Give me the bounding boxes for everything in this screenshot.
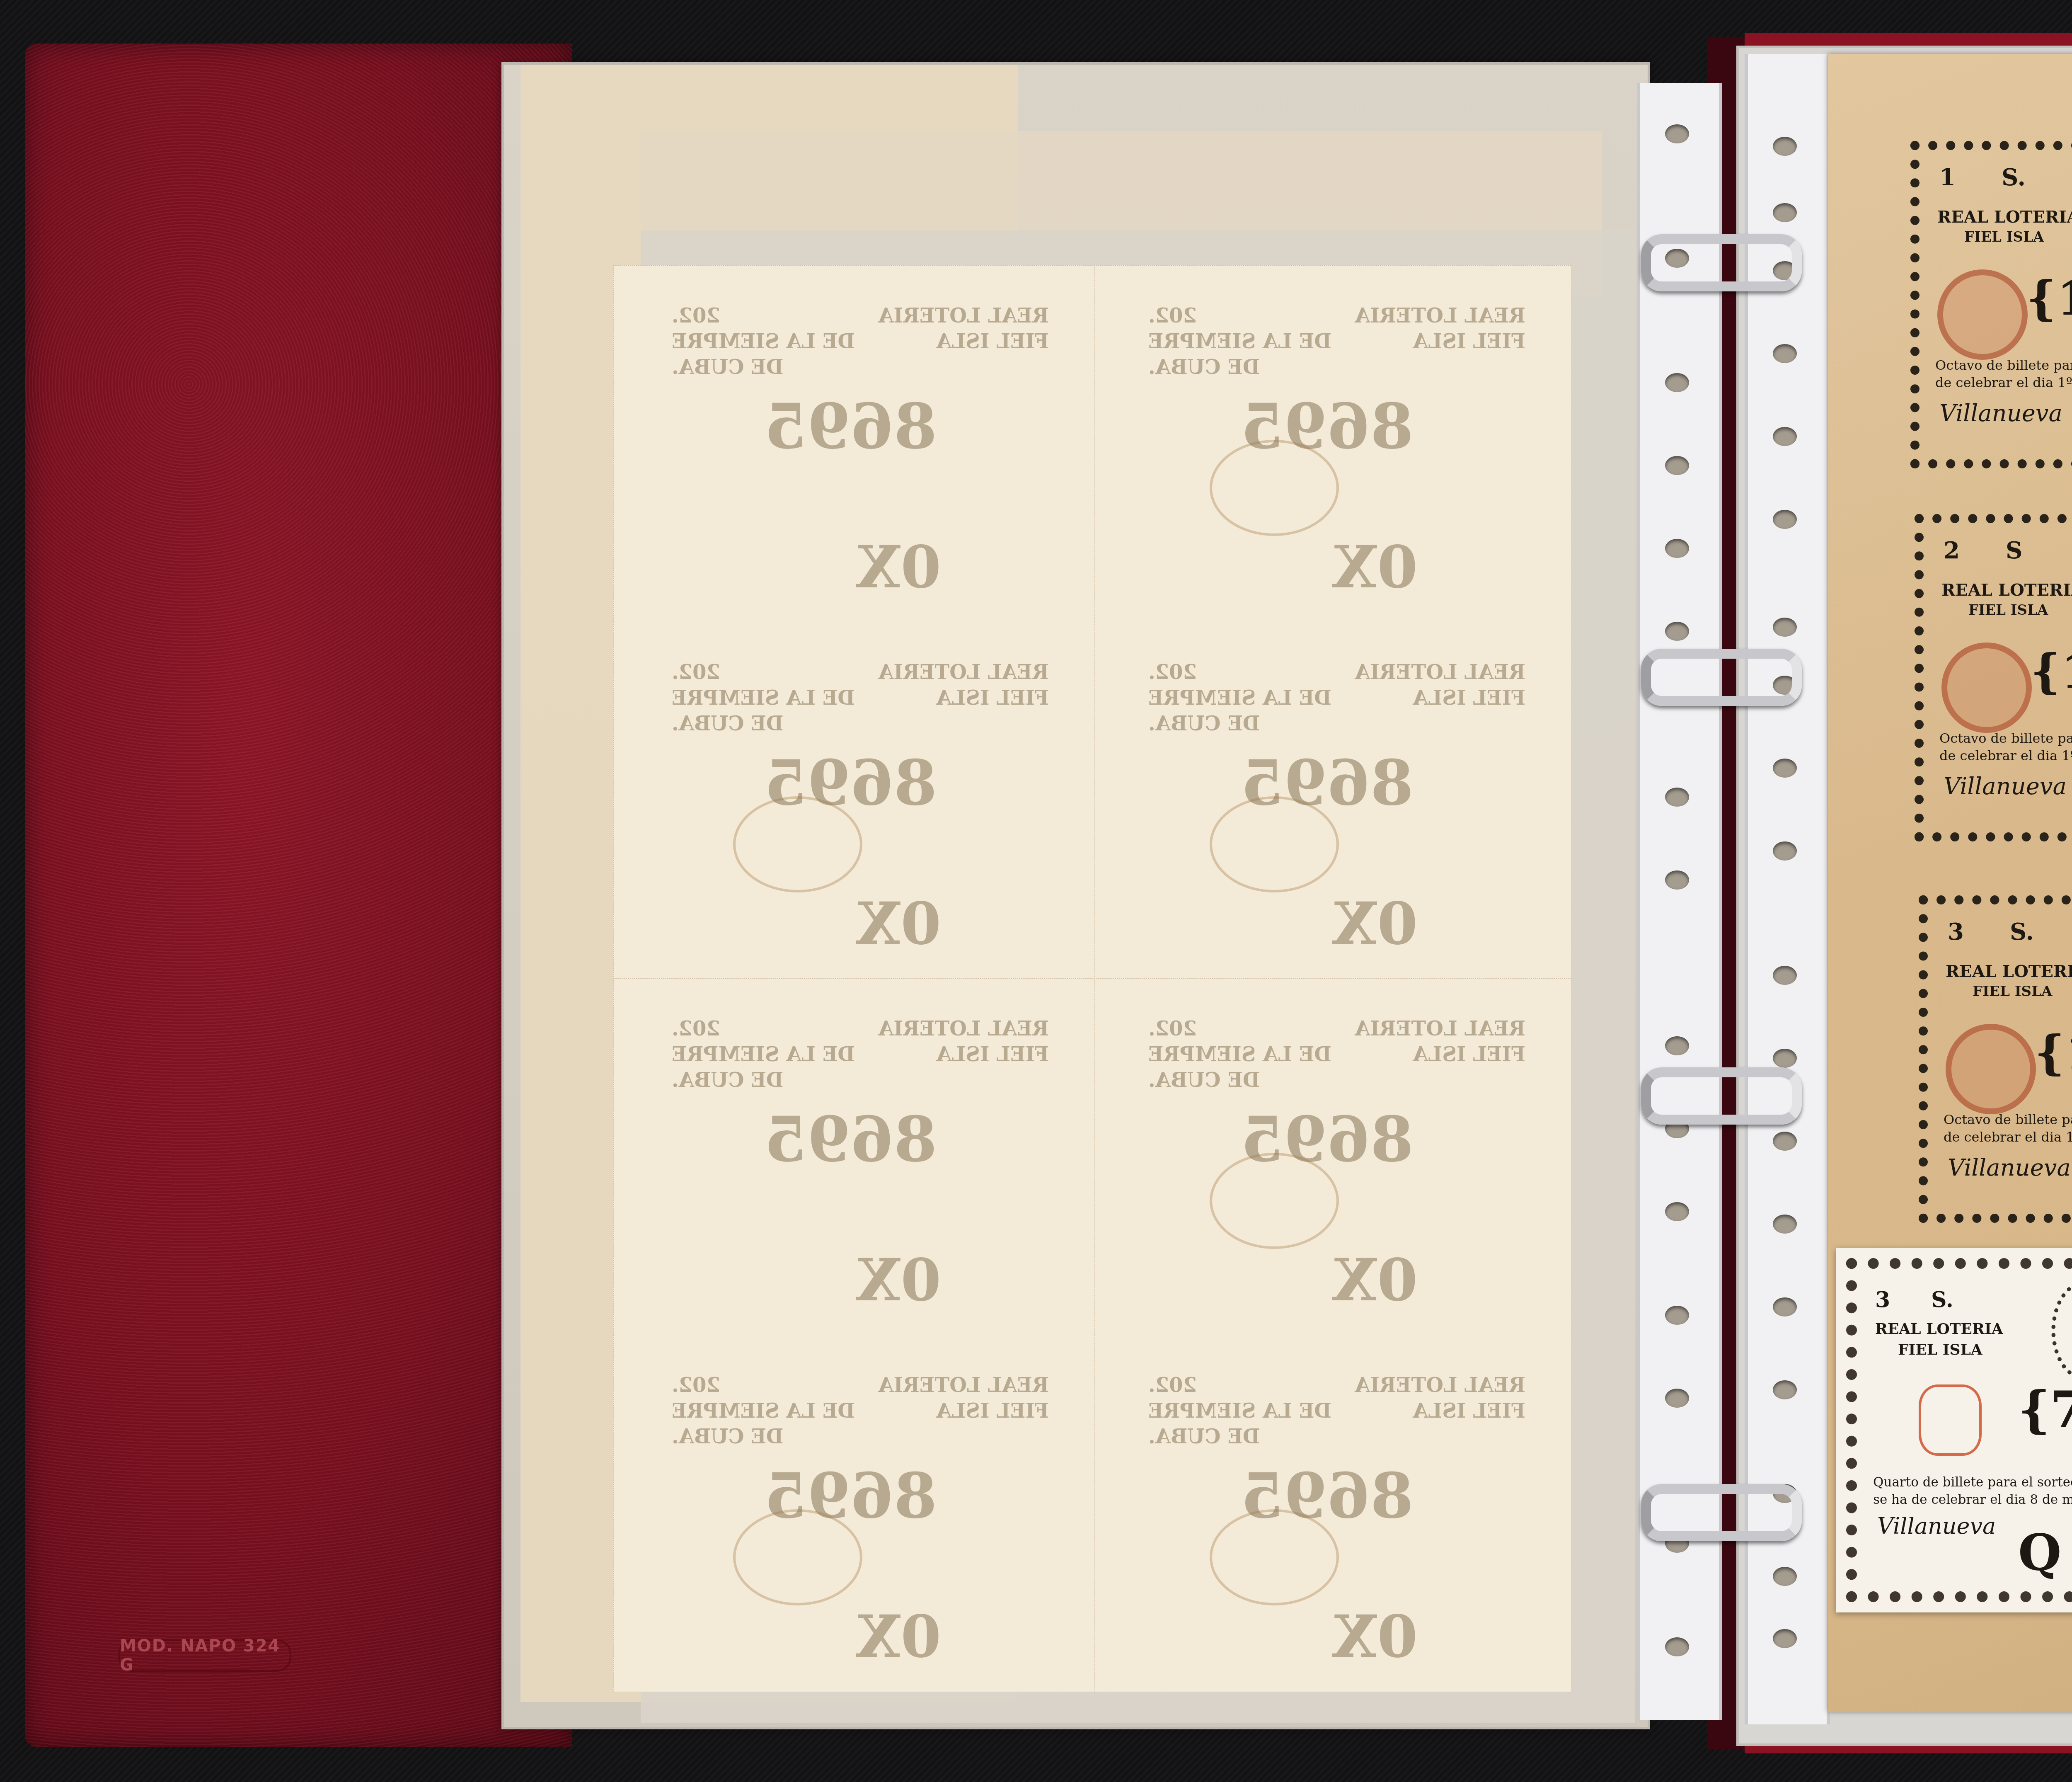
serie: 1 [1939,164,1956,191]
sorteo: 202.DE LA SIEMPREDE CUBA. [1148,1016,1331,1093]
hole [1773,137,1797,156]
reversed-ticket: REAL LOTERIAFIEL ISLA 202.DE LA SIEMPRED… [613,1335,1095,1692]
hole [1665,1389,1689,1408]
l2: FIEL ISLA [1968,602,2048,618]
red-seal-icon [1937,269,2028,360]
hdr: REAL LOTERIAFIEL ISLA [1355,659,1525,711]
hole [1773,344,1797,363]
hole [1665,870,1689,890]
reversed-ticket: REAL LOTERIAFIEL ISLA 202.DE LA SIEMPRED… [1090,622,1571,979]
oval [733,796,862,892]
sorteo: 202.DE LA SIEMPREDE CUBA. [1148,1372,1331,1450]
hole [1773,427,1797,446]
hole [1773,1132,1797,1151]
reversed-ticket: REAL LOTERIAFIEL ISLA 202.DE LA SIEMPRED… [1090,265,1571,623]
oval [1210,796,1339,892]
oval [1210,1153,1339,1249]
l2: FIEL ISLA [1973,983,2052,1000]
x: 0X [856,890,941,958]
hole [1665,1306,1689,1325]
s: S [2006,537,2022,564]
cover-maker-stamp: MOD. NAPO 324 G [118,1639,291,1672]
reversed-ticket: REAL LOTERIAFIEL ISLA 202.DE LA SIEMPRED… [1090,978,1571,1336]
sorteo: 202.DE LA SIEMPREDE CUBA. [1148,303,1331,380]
x: 0X [1332,1246,1418,1314]
hole [1773,1567,1797,1586]
hole [1773,1297,1797,1316]
bigq: Q [2018,1523,2062,1582]
number: {7116} [2018,1380,2072,1439]
reversed-ticket: REAL LOTERIAFIEL ISLA 202.DE LA SIEMPRED… [613,622,1095,979]
sig: Villanueva [1948,1154,2071,1181]
sig: Villanueva [1944,773,2067,800]
overlay-quarter-ticket: 3 S. 291. REAL LOTERIA FIEL ISLA DE LA S… [1836,1248,2072,1612]
reversed-ticket: REAL LOTERIAFIEL ISLA 202.DE LA SIEMPRED… [1090,1335,1571,1692]
l1: REAL LOTERIA [1946,962,2072,981]
s: S. [2010,918,2034,946]
binder-front-cover [25,44,572,1747]
num: 8695 [764,1103,937,1176]
lottery-ticket: 3S. 311. REAL LOTERIAFIEL ISLA DE LA SIE… [1910,879,2072,1235]
binder-ring[interactable] [1641,1067,1802,1125]
sorteo: 202.DE LA SIEMPREDE CUBA. [672,1016,855,1093]
l2: FIEL ISLA [1964,229,2044,245]
x: 0X [856,1603,941,1671]
left-sleeve-punch-strip [1637,83,1722,1720]
l1: REAL LOTERIA [1941,580,2072,600]
s: S. [2002,164,2026,191]
hole [1665,1036,1689,1055]
hole [1773,841,1797,861]
hole [1665,124,1689,143]
desc: Octavo de billete para el sorteo trescie… [1939,730,2072,764]
hole [1665,788,1689,807]
hole [1773,510,1797,529]
oval [733,1509,862,1605]
x: 0X [856,533,941,601]
hdr: REAL LOTERIAFIEL ISLA [1355,1016,1525,1067]
x: 0X [856,1246,941,1314]
sig: Villanueva [1939,400,2062,427]
number: {15794} [2035,1026,2072,1080]
num: 8695 [764,390,937,463]
hole [1773,203,1797,222]
l2: FIEL ISLA [1898,1341,1982,1358]
hole [1773,1215,1797,1234]
serie: 3 [1875,1287,1890,1312]
l1: REAL LOTERIA [1875,1320,2003,1338]
number: {15794} [2026,272,2072,326]
hole [1665,622,1689,641]
hole [1773,1380,1797,1399]
serie: 3 [1948,918,1964,946]
hole [1773,759,1797,778]
sig: Villanueva [1877,1513,1996,1539]
red-seal-icon [1919,1384,1982,1456]
hdr: REAL LOTERIAFIEL ISLA [878,303,1049,354]
hdr: REAL LOTERIAFIEL ISLA [878,1016,1049,1067]
reversed-ticket: REAL LOTERIAFIEL ISLA 202.DE LA SIEMPRED… [613,978,1095,1336]
hole [1665,1202,1689,1221]
oval [1210,1509,1339,1605]
number: {15794} [2031,645,2072,699]
sorteo: 202.DE LA SIEMPREDE CUBA. [672,303,855,380]
hole [1773,1049,1797,1068]
hole [1665,1637,1689,1656]
desc: Quarto de billete para el sorteo doscien… [1873,1474,2072,1508]
x: 0X [1332,1603,1418,1671]
hdr: REAL LOTERIAFIEL ISLA [1355,1372,1525,1424]
hole [1773,618,1797,637]
sorteo: 202.DE LA SIEMPREDE CUBA. [672,1372,855,1450]
sorteo: 202.DE LA SIEMPREDE CUBA. [1148,659,1331,737]
desc: Octavo de billete para el sorteo trescie… [1944,1111,2072,1146]
hole [1665,456,1689,475]
hole [1665,373,1689,392]
hole [1665,539,1689,558]
hdr: REAL LOTERIAFIEL ISLA [878,659,1049,711]
red-seal-icon [1946,1024,2036,1114]
hole [1773,1629,1797,1648]
binder-ring[interactable] [1641,1484,1802,1541]
lottery-ticket: 1S. 311. REAL LOTERIAFIEL ISLA DE LA SIE… [1902,124,2072,481]
x: 0X [1332,533,1418,601]
s: S. [1931,1287,1953,1312]
right-sleeve-punch-strip [1745,54,1830,1724]
lottery-ticket: 2S 311. REAL LOTERIAFIEL ISLA DE LA SIEM… [1906,497,2072,854]
binder-ring[interactable] [1641,234,1802,291]
hole [1773,966,1797,985]
l1: REAL LOTERIA [1937,207,2072,227]
reversed-ticket: REAL LOTERIAFIEL ISLA 202.DE LA SIEMPRED… [613,265,1095,623]
desc: Octavo de billete para el sorteo trescie… [1935,356,2072,391]
hdr: REAL LOTERIAFIEL ISLA [878,1372,1049,1424]
x: 0X [1332,890,1418,958]
oval [1210,440,1339,536]
binder-ring[interactable] [1641,649,1802,706]
hdr: REAL LOTERIAFIEL ISLA [1355,303,1525,354]
serie: 2 [1944,537,1960,564]
red-seal-icon [1941,642,2032,733]
sorteo: 202.DE LA SIEMPREDE CUBA. [672,659,855,737]
